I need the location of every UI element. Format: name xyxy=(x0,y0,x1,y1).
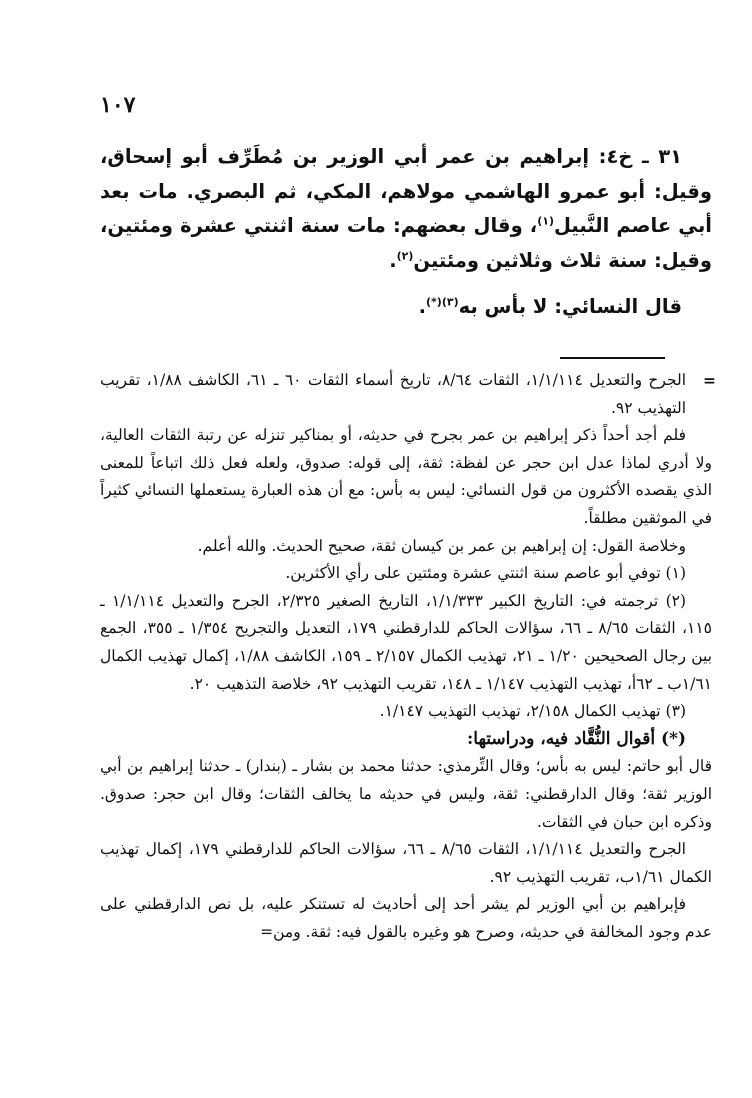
star-footnote-paragraph-1: قال أبو حاتم: ليس به بأس؛ وقال التِّرمذي… xyxy=(100,753,712,836)
star-footnote-paragraph-3: فإبراهيم بن أبي الوزير لم يشر أحد إلى أح… xyxy=(100,891,712,946)
page-number: ١٠٧ xyxy=(100,92,135,118)
footnote-summary: وخلاصة القول: إن إبراهيم بن عمر بن كيسان… xyxy=(100,533,712,561)
continuation-mark: = xyxy=(703,367,716,395)
continuation-text: الجرح والتعديل ١/١/١١٤، الثقات ٨/٦٤، تار… xyxy=(100,371,686,417)
footnote-paragraph: فلم أجد أحداً ذكر إبراهيم بن عمر بجرح في… xyxy=(100,422,712,532)
footnote-marker-1: (١) xyxy=(537,215,554,228)
footnote-separator xyxy=(560,357,665,359)
footnote-marker-2: (٢) xyxy=(397,249,414,262)
footnote-3: (٣) تهذيب الكمال ٢/١٥٨، تهذيب التهذيب ١/… xyxy=(100,698,712,726)
nasai-quote: قال النسائي: لا بأس به(٣)(*). xyxy=(100,290,712,325)
quote-end: . xyxy=(419,295,426,318)
entry-end: . xyxy=(389,249,396,272)
star-footnote-paragraph-2: الجرح والتعديل ١/١/١١٤، الثقات ٨/٦٥ ـ ٦٦… xyxy=(100,836,712,891)
book-page: ١٠٧ ٣١ ـ خ٤: إبراهيم بن عمر أبي الوزير ب… xyxy=(0,0,752,1098)
footnote-markers-3-star: (٣)(*) xyxy=(426,296,459,309)
footnote-1: (١) توفي أبو عاصم سنة اثنتي عشرة ومئتين … xyxy=(100,560,712,588)
footnote-2: (٢) ترجمته في: التاريخ الكبير ١/١/٣٣٣، ا… xyxy=(100,588,712,698)
star-footnote-heading: (*) أقوال النُّقَّاد فيه، ودراستها: xyxy=(100,726,712,754)
footnotes: =الجرح والتعديل ١/١/١١٤، الثقات ٨/٦٤، تا… xyxy=(100,367,712,946)
quote-text: قال النسائي: لا بأس به xyxy=(459,295,682,318)
biography-entry: ٣١ ـ خ٤: إبراهيم بن عمر أبي الوزير بن مُ… xyxy=(100,140,712,278)
main-text: ٣١ ـ خ٤: إبراهيم بن عمر أبي الوزير بن مُ… xyxy=(100,140,712,325)
footnote-continuation: =الجرح والتعديل ١/١/١١٤، الثقات ٨/٦٤، تا… xyxy=(100,367,712,422)
